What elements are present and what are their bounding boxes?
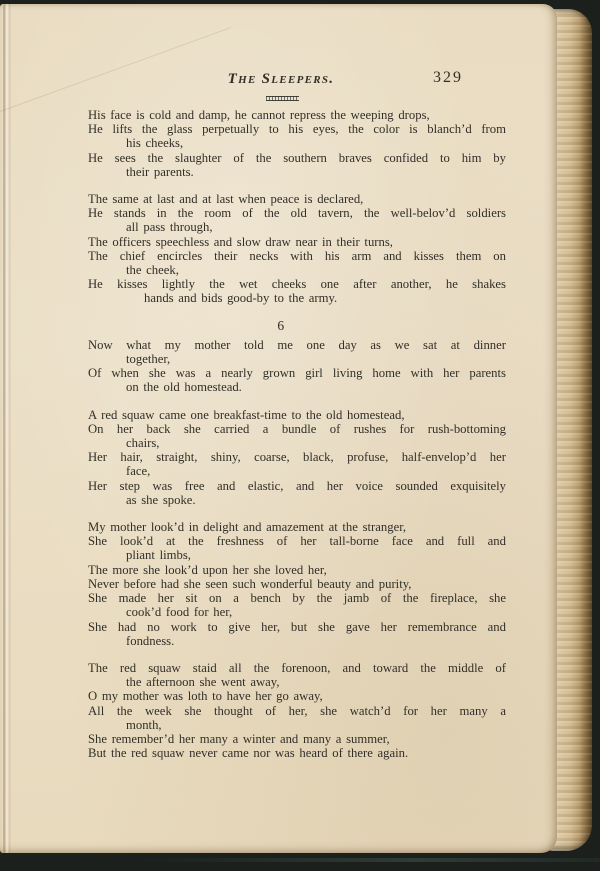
poem-line: on the old homestead. bbox=[88, 380, 506, 394]
stanza: The same at last and at last when peace … bbox=[88, 192, 506, 306]
section-number: 6 bbox=[72, 319, 490, 333]
poem-line: his cheeks, bbox=[88, 136, 506, 150]
poem-line: together, bbox=[88, 352, 506, 366]
poem-line: cook’d food for her, bbox=[88, 605, 506, 619]
page-crease bbox=[3, 4, 13, 853]
poem-line: as she spoke. bbox=[88, 493, 506, 507]
stanza: Now what my mother told me one day as we… bbox=[88, 338, 506, 395]
running-title: The Sleepers. bbox=[72, 71, 490, 88]
poem-line: O my mother was loth to have her go away… bbox=[88, 689, 506, 703]
page-header: The Sleepers. 329 bbox=[88, 71, 506, 91]
poem-line: Now what my mother told me one day as we… bbox=[88, 338, 506, 352]
poem-line: My mother look’d in delight and amazemen… bbox=[88, 520, 506, 534]
poem-line: She remember’d her many a winter and man… bbox=[88, 732, 506, 746]
poem-line: The officers speechless and slow draw ne… bbox=[88, 235, 506, 249]
poem-line: Her step was free and elastic, and her v… bbox=[88, 479, 506, 493]
poem-line: Never before had she seen such wonderful… bbox=[88, 577, 506, 591]
poem-line: His face is cold and damp, he cannot rep… bbox=[88, 108, 506, 122]
poem-line: month, bbox=[88, 718, 506, 732]
poem-line: The chief encircles their necks with his… bbox=[88, 249, 506, 263]
poem-line: On her back she carried a bundle of rush… bbox=[88, 422, 506, 436]
poem-line: A red squaw came one breakfast-time to t… bbox=[88, 408, 506, 422]
poem-line: face, bbox=[88, 464, 506, 478]
poem-line: He sees the slaughter of the southern br… bbox=[88, 151, 506, 165]
poem-line: Her hair, straight, shiny, coarse, black… bbox=[88, 450, 506, 464]
poem-line: all pass through, bbox=[88, 220, 506, 234]
stanza: His face is cold and damp, he cannot rep… bbox=[88, 108, 506, 179]
poem-line: He kisses lightly the wet cheeks one aft… bbox=[88, 277, 506, 291]
poem-line: the afternoon she went away, bbox=[88, 675, 506, 689]
poem-line: chairs, bbox=[88, 436, 506, 450]
poem-line: She had no work to give her, but she gav… bbox=[88, 620, 506, 634]
page-corner-crease bbox=[0, 0, 231, 113]
poem-line: pliant limbs, bbox=[88, 548, 506, 562]
page-number: 329 bbox=[433, 69, 463, 87]
poem-line: But the red squaw never came nor was hea… bbox=[88, 746, 506, 760]
poem-line: He stands in the room of the old tavern,… bbox=[88, 206, 506, 220]
poem-line: The more she look’d upon her she loved h… bbox=[88, 563, 506, 577]
poem-line: their parents. bbox=[88, 165, 506, 179]
cover-edge-sheen bbox=[140, 858, 600, 862]
poem-line: All the week she thought of her, she wat… bbox=[88, 704, 506, 718]
poem-line: fondness. bbox=[88, 634, 506, 648]
poem-line: She made her sit on a bench by the jamb … bbox=[88, 591, 506, 605]
stanza: A red squaw came one breakfast-time to t… bbox=[88, 408, 506, 507]
book-page: The Sleepers. 329 His face is cold and d… bbox=[0, 4, 557, 853]
poem-line: Of when she was a nearly grown girl livi… bbox=[88, 366, 506, 380]
book-photo: The Sleepers. 329 His face is cold and d… bbox=[0, 0, 600, 871]
poem-line: The same at last and at last when peace … bbox=[88, 192, 506, 206]
poem-line: He lifts the glass perpetually to his ey… bbox=[88, 122, 506, 136]
stanza: My mother look’d in delight and amazemen… bbox=[88, 520, 506, 648]
poem-line: The red squaw staid all the forenoon, an… bbox=[88, 661, 506, 675]
poem-text: His face is cold and damp, he cannot rep… bbox=[88, 108, 506, 773]
poem-line: hands and bids good-by to the army. bbox=[88, 291, 506, 305]
stanza: The red squaw staid all the forenoon, an… bbox=[88, 661, 506, 760]
poem-line: the cheek, bbox=[88, 263, 506, 277]
title-rule bbox=[266, 96, 299, 101]
poem-line: She look’d at the freshness of her tall-… bbox=[88, 534, 506, 548]
